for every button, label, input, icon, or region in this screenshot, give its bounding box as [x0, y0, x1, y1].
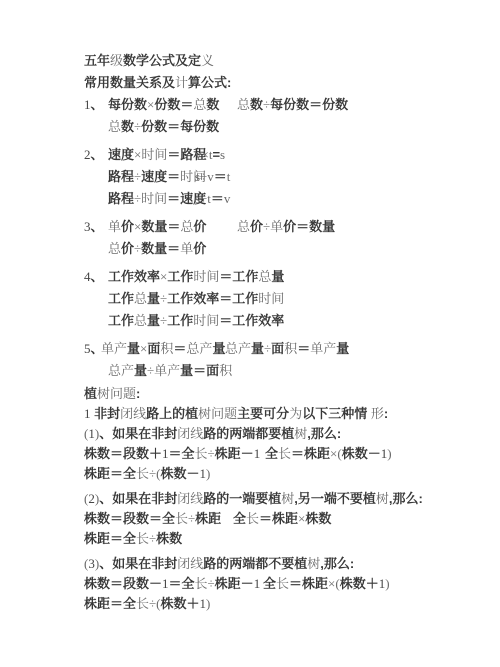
light-text-run: 总 — [180, 219, 193, 234]
formula-right: 全长＝株距×株数 — [233, 509, 331, 529]
section-tree-problem-case-2: (2)、如果在非封闭线路的一端要植树,另一端不要植树,那么:株数＝段数＝全长÷株… — [84, 489, 490, 549]
formula-right: 总数÷每份数＝份数 — [237, 94, 348, 116]
light-text-run: 单 — [108, 219, 121, 234]
text-run: 株数－ — [160, 466, 199, 481]
formula-left: 路程÷速度＝时间 — [108, 169, 206, 184]
text-run: 、如果在非封 — [99, 556, 177, 571]
section-item-1: 1、每份数×份数＝总数总数÷每份数＝份数总数÷份数＝每份数 — [84, 94, 490, 138]
light-text-run: ÷单 — [263, 219, 283, 234]
list-number: 4、 — [84, 266, 108, 288]
text-run: 量 — [336, 341, 349, 356]
text-run: 数 — [206, 97, 219, 112]
formula-left: 株数＝段数＝全长÷株距 — [84, 511, 221, 526]
light-text-run: 积 — [160, 341, 173, 356]
text-run: 路程 — [108, 191, 134, 206]
text-run: 每份数＝份数 — [270, 97, 348, 112]
text-line: 4、工作效率×工作时间＝工作总量 — [84, 266, 490, 288]
text-run: 工作 — [167, 313, 193, 328]
light-text-run: ) — [206, 466, 210, 481]
light-text-run: 长 — [246, 511, 259, 526]
text-run: ＝株距 — [289, 576, 328, 591]
text-run: 算公式: — [188, 75, 231, 90]
text-line: 株距＝全长÷(株数＋1) — [84, 594, 490, 614]
text-run: 速度＝ — [141, 169, 180, 184]
formula-sections: 1、每份数×份数＝总数总数÷每份数＝份数总数÷份数＝每份数2、速度×时间＝路程v… — [84, 94, 490, 614]
text-run: : — [136, 386, 140, 401]
formula-left: 路程÷时间＝速度 — [108, 191, 206, 206]
light-text-run: 单 — [180, 241, 193, 256]
text-run: 面 — [271, 341, 284, 356]
formula-right: 全长＝株距×(株数－1) — [265, 444, 392, 464]
light-text-run: 计 — [175, 75, 188, 90]
formula-right: s÷v＝t — [195, 166, 230, 188]
text-run: 、 — [91, 147, 104, 162]
formula-left: 株距＝全长÷(株数－1) — [84, 466, 210, 481]
text-run: : — [384, 406, 388, 421]
light-text-run: ) — [385, 576, 389, 591]
text-run: 工作 — [108, 291, 134, 306]
text-run: 数量＝ — [141, 219, 180, 234]
text-run: 株数 — [156, 531, 182, 546]
light-text-run: 闭线 — [177, 556, 203, 571]
text-run: 量 — [251, 341, 264, 356]
light-text-run: 树 — [307, 556, 320, 571]
formula-left: (1)、如果在非封闭线路的两端都要植树,那么: — [84, 426, 341, 441]
text-run: 株距 — [195, 511, 221, 526]
text-run: 株数＝段数＝全 — [84, 511, 175, 526]
document-title: 五年级数学公式及定义 — [84, 50, 490, 72]
light-text-run: 总 — [134, 313, 147, 328]
text-run: 、 — [91, 219, 104, 234]
text-run: 价 — [121, 241, 134, 256]
text-line: (2)、如果在非封闭线路的一端要植树,另一端不要植树,那么: — [84, 489, 490, 509]
formula-right: 总产量÷面积＝单产量 — [225, 338, 349, 360]
text-line: (3)、如果在非封闭线路的两端都不要植树,那么: — [84, 554, 490, 574]
text-run: ＝全 — [169, 446, 195, 461]
light-text-run: 单产 — [310, 341, 336, 356]
formula-left: (3)、如果在非封闭线路的两端都不要植树,那么: — [84, 556, 354, 571]
formula-left: 株距＝全长÷株数 — [84, 531, 182, 546]
section-tree-problem-intro: 植树问题:1 非封闭线路上的植树问题主要可分为以下三种情 形:(1)、如果在非封… — [84, 384, 490, 484]
light-text-run: 总产 — [186, 341, 212, 356]
formula-right: s÷t＝v — [195, 188, 230, 210]
text-run: 路的一端要植 — [203, 491, 281, 506]
formula-left: 植树问题: — [84, 386, 140, 401]
text-run: 价 — [193, 241, 206, 256]
text-run: 株距＝全 — [84, 466, 136, 481]
text-run: 株数 — [305, 511, 331, 526]
formula-left: 1 非封闭线路上的植树问题主要可分为以下三种情 形: — [84, 406, 388, 421]
light-text-run: 时间 — [193, 313, 219, 328]
light-text-run: v — [224, 191, 231, 206]
light-text-run: 时间 — [193, 269, 219, 284]
formula-left: 单价×数量＝总价 — [108, 219, 206, 234]
section-item-3: 3、单价×数量＝总价总价÷单价＝数量总价÷数量＝单价 — [84, 216, 490, 260]
light-text-run: 闭线 — [120, 406, 146, 421]
text-run: 每份数 — [108, 97, 147, 112]
text-run: 面 — [147, 341, 160, 356]
text-line: 株距＝全长÷株数 — [84, 529, 490, 549]
text-run: ＝ — [214, 169, 227, 184]
light-text-run: 长÷( — [136, 596, 160, 611]
text-run: 以下三种情 — [302, 406, 371, 421]
formula-right: 总价÷单价＝数量 — [237, 216, 335, 238]
text-run: 份数＝每份数 — [141, 119, 219, 134]
light-text-run: 总产 — [108, 363, 134, 378]
formula-right: 全长＝株距×(株数＋1) — [263, 574, 390, 594]
text-run: 株数＝段数＋ — [84, 446, 162, 461]
section-item-5: 5、单产量×面积＝总产量总产量÷面积＝单产量总产量÷单产量＝面积 — [84, 338, 490, 382]
light-text-run: 总 — [258, 269, 271, 284]
light-text-run: 总 — [237, 97, 250, 112]
light-text-run: 总 — [108, 241, 121, 256]
formula-left: 总价÷数量＝单价 — [108, 241, 206, 256]
text-run: 速度 — [108, 147, 134, 162]
text-run: 工作效率＝工作 — [167, 291, 258, 306]
text-run: 工作 — [167, 269, 193, 284]
light-text-run: v×t — [195, 147, 212, 162]
light-text-run: 总 — [134, 291, 147, 306]
text-run: 量＝面 — [180, 363, 219, 378]
text-run: 数 — [121, 119, 134, 134]
formula-left: 工作总量÷工作时间＝工作效率 — [108, 313, 284, 328]
formula-left: 每份数×份数＝总数 — [108, 97, 219, 112]
text-run: 量 — [271, 269, 284, 284]
light-text-run: 长÷ — [195, 446, 215, 461]
formula-left: 单产量×面积＝总产量 — [101, 341, 225, 356]
text-run: 量 — [147, 313, 160, 328]
formula-right: v×t=s — [195, 144, 225, 166]
light-text-run: 积 — [284, 341, 297, 356]
light-text-run: ÷时间 — [134, 191, 167, 206]
text-run: ,那么: — [389, 491, 423, 506]
text-run: 价＝数量 — [283, 219, 335, 234]
light-text-run: 长÷ — [195, 576, 215, 591]
text-line: 株数＝段数＝全长÷株距全长＝株距×株数 — [84, 509, 490, 529]
text-run: 路程 — [108, 169, 134, 184]
text-run: 价 — [121, 219, 134, 234]
light-text-run: 总 — [193, 97, 206, 112]
text-run: 全 — [233, 511, 246, 526]
text-run: ＝ — [211, 191, 224, 206]
formula-left: 工作总量÷工作效率＝工作时间 — [108, 291, 284, 306]
text-run: 量 — [127, 341, 140, 356]
text-run: 份数＝ — [154, 97, 193, 112]
light-text-run: 级 — [110, 53, 123, 68]
text-run: 工作 — [108, 313, 134, 328]
light-text-run: 总产 — [225, 341, 251, 356]
light-text-run: ×( — [328, 576, 340, 591]
formula-left: 株数＝段数－1＝全长÷株距－1 — [84, 576, 260, 591]
formula-left: 总数÷份数＝每份数 — [108, 119, 219, 134]
light-text-run: 单产 — [101, 341, 127, 356]
text-run: 株距－ — [215, 446, 254, 461]
text-run: 路上的植 — [146, 406, 198, 421]
text-run: 1 — [254, 446, 261, 461]
text-run: 量 — [212, 341, 225, 356]
light-text-run: 树 — [281, 491, 294, 506]
text-run: ＝工作效率 — [219, 313, 284, 328]
list-number: 5、 — [84, 338, 101, 360]
list-number: 3、 — [84, 216, 108, 238]
text-run: 路的两端都要植 — [203, 426, 294, 441]
light-text-run: 长 — [278, 446, 291, 461]
light-text-run: s÷t — [195, 191, 211, 206]
text-run: ＝株距 — [259, 511, 298, 526]
light-text-run: 时间 — [258, 291, 284, 306]
light-text-run: 树 — [294, 426, 307, 441]
text-run: 常用数量关系及 — [84, 75, 175, 90]
light-text-run: 义 — [201, 53, 214, 68]
text-run: 数 — [250, 97, 263, 112]
text-line: 1、每份数×份数＝总数总数÷每份数＝份数 — [84, 94, 490, 116]
light-text-run: ) — [387, 446, 391, 461]
text-run: 数学公式及定 — [123, 53, 201, 68]
text-run: 全 — [265, 446, 278, 461]
light-text-run: 闭线 — [177, 426, 203, 441]
text-line: 路程÷时间＝速度s÷t＝v — [84, 188, 490, 210]
text-line: (1)、如果在非封闭线路的两端都要植树,那么: — [84, 424, 490, 444]
text-run: 株距＝全 — [84, 531, 136, 546]
text-run: 株距＝全 — [84, 596, 136, 611]
light-text-run: 树问题 — [198, 406, 237, 421]
text-run: 株数＋ — [340, 576, 379, 591]
text-run: ＝工作 — [219, 269, 258, 284]
light-text-run: 树 — [376, 491, 389, 506]
text-run: 工作效率 — [108, 269, 160, 284]
light-text-run: 形 — [371, 406, 384, 421]
light-text-run: t — [227, 169, 231, 184]
formula-left: 速度×时间＝路程 — [108, 147, 206, 162]
text-run: 株数＝段数－ — [84, 576, 162, 591]
light-text-run: ) — [206, 596, 210, 611]
text-run: 、 — [91, 269, 104, 284]
text-line: 3、单价×数量＝总价总价÷单价＝数量 — [84, 216, 490, 238]
text-run: 量 — [147, 291, 160, 306]
text-run: 株数＋ — [160, 596, 199, 611]
text-line: 5、单产量×面积＝总产量总产量÷面积＝单产量 — [84, 338, 490, 360]
text-run: ＝全 — [169, 576, 195, 591]
text-line: 2、速度×时间＝路程v×t=s — [84, 144, 490, 166]
text-run: 非封 — [91, 406, 121, 421]
section-item-2: 2、速度×时间＝路程v×t=s路程÷速度＝时间s÷v＝t路程÷时间＝速度s÷t＝… — [84, 144, 490, 210]
document-page: 五年级数学公式及定义 常用数量关系及计算公式: 1、每份数×份数＝总数总数÷每份… — [0, 0, 500, 667]
light-text-run: 闭线 — [177, 491, 203, 506]
text-line: 总价÷数量＝单价 — [84, 238, 490, 260]
text-run: 株数－ — [342, 446, 381, 461]
text-line: 1 非封闭线路上的植树问题主要可分为以下三种情 形: — [84, 404, 490, 424]
text-run: 、如果在非封 — [99, 491, 177, 506]
light-text-run: 总 — [108, 119, 121, 134]
text-line: 工作总量÷工作效率＝工作时间 — [84, 288, 490, 310]
text-run: 量 — [134, 363, 147, 378]
text-line: 路程÷速度＝时间s÷v＝t — [84, 166, 490, 188]
formula-left: (2)、如果在非封闭线路的一端要植树,另一端不要植树,那么: — [84, 491, 423, 506]
text-line: 株数＝段数＋1＝全长÷株距－1全长＝株距×(株数－1) — [84, 444, 490, 464]
text-run: 植 — [84, 386, 97, 401]
light-text-run: 积 — [219, 363, 232, 378]
text-run: 价 — [193, 219, 206, 234]
formula-left: 总产量÷单产量＝面积 — [108, 363, 232, 378]
text-run: ＝ — [297, 341, 310, 356]
light-text-run: ÷单产 — [147, 363, 180, 378]
page-content: 五年级数学公式及定义 常用数量关系及计算公式: 1、每份数×份数＝总数总数÷每份… — [84, 50, 490, 614]
text-line: 总产量÷单产量＝面积 — [84, 360, 490, 382]
text-run: 五年 — [84, 53, 110, 68]
light-text-run: 总 — [237, 219, 250, 234]
light-text-run: 长÷ — [136, 531, 156, 546]
text-run: 主要可分 — [237, 406, 289, 421]
light-text-run: 树问题 — [97, 386, 136, 401]
light-text-run: s — [220, 147, 225, 162]
text-line: 株距＝全长÷(株数－1) — [84, 464, 490, 484]
text-line: 植树问题: — [84, 384, 490, 404]
light-text-run: ×时间 — [134, 147, 167, 162]
light-text-run: 长 — [276, 576, 289, 591]
formula-left: 工作效率×工作时间＝工作总量 — [108, 269, 284, 284]
list-number: 2、 — [84, 144, 108, 166]
text-run: = — [212, 147, 220, 162]
light-text-run: 长÷( — [136, 466, 160, 481]
section-tree-problem-case-3: (3)、如果在非封闭线路的两端都不要植树,那么:株数＝段数－1＝全长÷株距－1全… — [84, 554, 490, 614]
formula-left: 株距＝全长÷(株数＋1) — [84, 596, 210, 611]
text-run: 数量＝ — [141, 241, 180, 256]
section-item-4: 4、工作效率×工作时间＝工作总量工作总量÷工作效率＝工作时间工作总量÷工作时间＝… — [84, 266, 490, 332]
text-run: ,那么: — [320, 556, 354, 571]
light-text-run: 为 — [289, 406, 302, 421]
text-line: 株数＝段数－1＝全长÷株距－1全长＝株距×(株数＋1) — [84, 574, 490, 594]
text-run: ＝ — [173, 341, 186, 356]
text-line: 总数÷份数＝每份数 — [84, 116, 490, 138]
text-run: ,另一端不要植 — [294, 491, 376, 506]
text-run: 1 — [254, 576, 261, 591]
text-line: 工作总量÷工作时间＝工作效率 — [84, 310, 490, 332]
formula-left: 株数＝段数＋1＝全长÷株距－1 — [84, 446, 260, 461]
text-run: 株距－ — [215, 576, 254, 591]
list-number: 1、 — [84, 94, 108, 116]
light-text-run: 长÷ — [175, 511, 195, 526]
text-run: 路的两端都不要植 — [203, 556, 307, 571]
light-text-run: ×( — [330, 446, 342, 461]
text-run: 价 — [250, 219, 263, 234]
text-run: 、如果在非封 — [99, 426, 177, 441]
text-run: ,那么: — [307, 426, 341, 441]
text-run: ＝株距 — [291, 446, 330, 461]
text-run: 、 — [91, 97, 104, 112]
document-subtitle: 常用数量关系及计算公式: — [84, 72, 490, 94]
text-run: 全 — [263, 576, 276, 591]
light-text-run: s÷v — [195, 169, 214, 184]
